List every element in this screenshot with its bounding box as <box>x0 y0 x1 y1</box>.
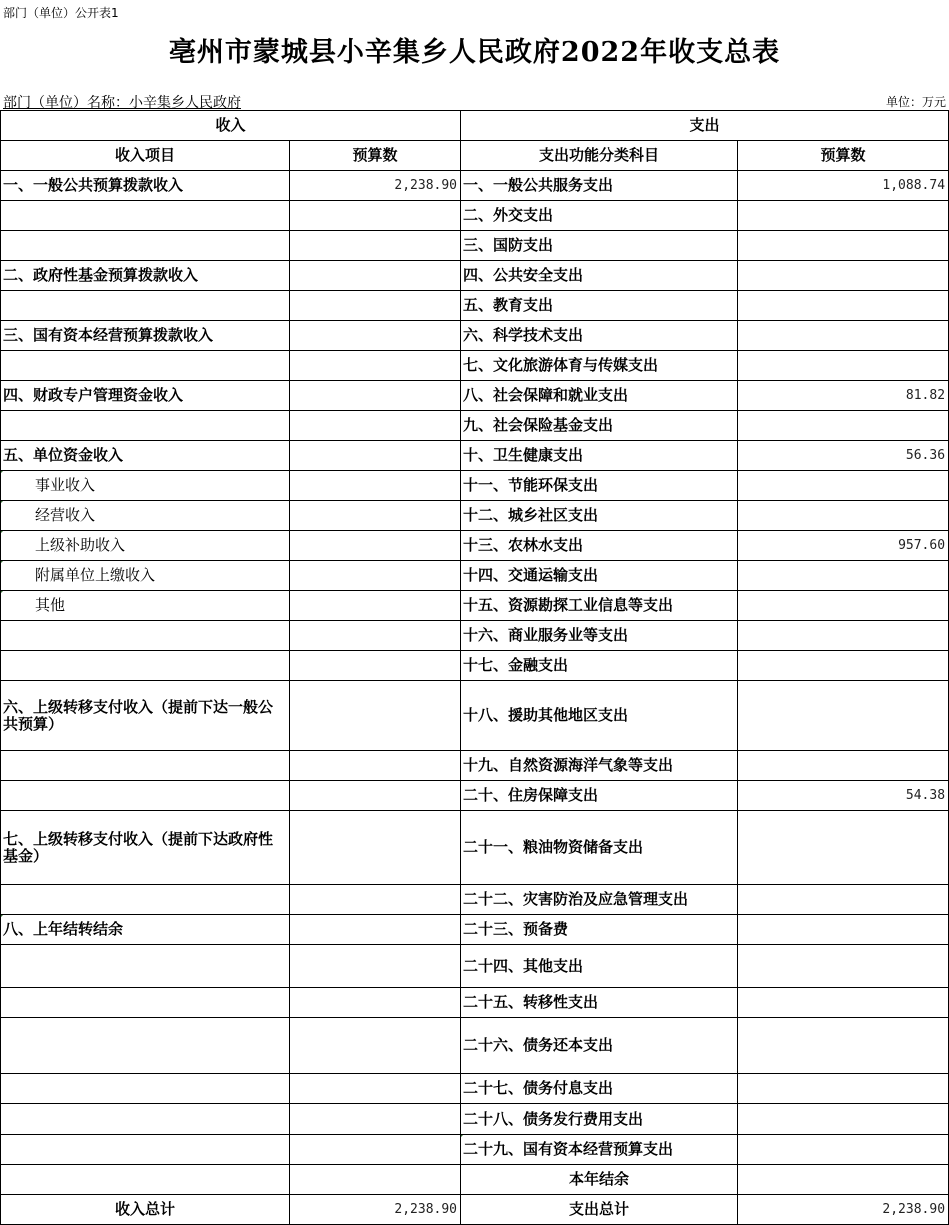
table-row: 九、社会保险基金支出 <box>1 411 949 441</box>
income-item-cell <box>1 351 290 381</box>
expense-item-cell: 十九、自然资源海洋气象等支出 <box>461 751 738 781</box>
expense-item-cell: 五、教育支出 <box>461 291 738 321</box>
income-item-cell: 四、财政专户管理资金收入 <box>1 381 290 411</box>
expense-amount-cell <box>738 231 949 261</box>
income-item-cell: 事业收入 <box>1 471 290 501</box>
table-row: 二十九、国有资本经营预算支出 <box>1 1135 949 1165</box>
expense-amount-cell <box>738 811 949 885</box>
expense-item-cell: 本年结余 <box>461 1165 738 1195</box>
page-title: 亳州市蒙城县小辛集乡人民政府2022年收支总表 <box>0 30 949 69</box>
income-item-cell: 二、政府性基金预算拨款收入 <box>1 261 290 291</box>
income-amount-cell <box>290 1135 461 1165</box>
expense-amount-cell <box>738 988 949 1018</box>
income-item-cell: 七、上级转移支付收入（提前下达政府性基金） <box>1 811 290 885</box>
table-row: 三、国防支出 <box>1 231 949 261</box>
table-row: 五、教育支出 <box>1 291 949 321</box>
table-row: 十七、金融支出 <box>1 651 949 681</box>
table-row: 其他十五、资源勘探工业信息等支出 <box>1 591 949 621</box>
income-item-cell <box>1 945 290 988</box>
expense-item-cell: 七、文化旅游体育与传媒支出 <box>461 351 738 381</box>
income-amount-cell <box>290 811 461 885</box>
expense-item-cell: 二十五、转移性支出 <box>461 988 738 1018</box>
expense-amount-cell <box>738 201 949 231</box>
table-row: 本年结余 <box>1 1165 949 1195</box>
expense-item-header: 支出功能分类科目 <box>461 141 738 171</box>
table-row: 六、上级转移支付收入（提前下达一般公共预算）十八、援助其他地区支出 <box>1 681 949 751</box>
income-total-label: 收入总计 <box>1 1195 290 1225</box>
expense-item-cell: 一、一般公共服务支出 <box>461 171 738 201</box>
expense-item-cell: 十二、城乡社区支出 <box>461 501 738 531</box>
table-row: 七、上级转移支付收入（提前下达政府性基金）二十一、粮油物资储备支出 <box>1 811 949 885</box>
income-item-cell: 上级补助收入 <box>1 531 290 561</box>
expense-amount-cell <box>738 261 949 291</box>
income-amount-cell <box>290 988 461 1018</box>
table-row: 二十四、其他支出 <box>1 945 949 988</box>
expense-amount-cell <box>738 1074 949 1104</box>
income-item-cell: 八、上年结转结余 <box>1 915 290 945</box>
income-item-cell <box>1 201 290 231</box>
expense-item-cell: 十七、金融支出 <box>461 651 738 681</box>
income-amount-cell <box>290 381 461 411</box>
income-item-cell <box>1 885 290 915</box>
income-amount-cell <box>290 411 461 441</box>
table-row: 二、外交支出 <box>1 201 949 231</box>
expense-item-cell: 二十六、债务还本支出 <box>461 1018 738 1074</box>
table-row: 二十六、债务还本支出 <box>1 1018 949 1074</box>
income-item-header: 收入项目 <box>1 141 290 171</box>
income-amount-cell <box>290 945 461 988</box>
expense-amount-cell: 56.36 <box>738 441 949 471</box>
income-amount-cell <box>290 1018 461 1074</box>
expense-item-cell: 六、科学技术支出 <box>461 321 738 351</box>
income-amount-cell <box>290 915 461 945</box>
table-row: 一、一般公共预算拨款收入2,238.90一、一般公共服务支出1,088.74 <box>1 171 949 201</box>
expense-amount-cell <box>738 1104 949 1135</box>
income-item-cell: 经营收入 <box>1 501 290 531</box>
income-item-cell: 五、单位资金收入 <box>1 441 290 471</box>
income-item-cell <box>1 751 290 781</box>
income-amount-cell <box>290 885 461 915</box>
income-amount-cell <box>290 591 461 621</box>
income-amount-cell <box>290 291 461 321</box>
expense-item-cell: 十一、节能环保支出 <box>461 471 738 501</box>
expense-item-cell: 二十九、国有资本经营预算支出 <box>461 1135 738 1165</box>
table-row: 七、文化旅游体育与传媒支出 <box>1 351 949 381</box>
table-row: 三、国有资本经营预算拨款收入六、科学技术支出 <box>1 321 949 351</box>
table-row: 二十八、债务发行费用支出 <box>1 1104 949 1135</box>
income-amount-cell <box>290 1074 461 1104</box>
expense-amount-cell <box>738 291 949 321</box>
income-budget-header: 预算数 <box>290 141 461 171</box>
table-number-label: 部门（单位）公开表1 <box>3 4 119 21</box>
expense-amount-cell <box>738 915 949 945</box>
expense-item-cell: 八、社会保障和就业支出 <box>461 381 738 411</box>
expense-item-cell: 二十、住房保障支出 <box>461 781 738 811</box>
income-item-cell <box>1 781 290 811</box>
table-row: 十九、自然资源海洋气象等支出 <box>1 751 949 781</box>
expense-amount-cell <box>738 321 949 351</box>
expense-amount-cell: 54.38 <box>738 781 949 811</box>
income-item-cell <box>1 411 290 441</box>
income-amount-cell <box>290 751 461 781</box>
expense-item-cell: 二十三、预备费 <box>461 915 738 945</box>
expense-item-cell: 二十七、债务付息支出 <box>461 1074 738 1104</box>
income-item-cell <box>1 1135 290 1165</box>
department-name: 部门（单位）名称：小辛集乡人民政府 <box>3 92 241 112</box>
table-row: 附属单位上缴收入十四、交通运输支出 <box>1 561 949 591</box>
expense-item-cell: 十六、商业服务业等支出 <box>461 621 738 651</box>
expense-item-cell: 十、卫生健康支出 <box>461 441 738 471</box>
income-amount-cell <box>290 1165 461 1195</box>
table-row: 经营收入十二、城乡社区支出 <box>1 501 949 531</box>
income-amount-cell <box>290 201 461 231</box>
income-amount-cell <box>290 651 461 681</box>
income-amount-cell <box>290 621 461 651</box>
expense-item-cell: 二十一、粮油物资储备支出 <box>461 811 738 885</box>
income-item-cell <box>1 231 290 261</box>
income-amount-cell <box>290 781 461 811</box>
expense-total-amount: 2,238.90 <box>738 1195 949 1225</box>
income-item-cell: 其他 <box>1 591 290 621</box>
income-item-cell <box>1 988 290 1018</box>
expense-item-cell: 三、国防支出 <box>461 231 738 261</box>
income-item-cell: 三、国有资本经营预算拨款收入 <box>1 321 290 351</box>
income-item-cell <box>1 1074 290 1104</box>
expense-item-cell: 二十八、债务发行费用支出 <box>461 1104 738 1135</box>
expense-amount-cell <box>738 591 949 621</box>
table-row: 五、单位资金收入十、卫生健康支出56.36 <box>1 441 949 471</box>
table-row: 上级补助收入十三、农林水支出957.60 <box>1 531 949 561</box>
expense-item-cell: 二十四、其他支出 <box>461 945 738 988</box>
expense-amount-cell: 1,088.74 <box>738 171 949 201</box>
unit-label: 单位：万元 <box>886 93 946 110</box>
expense-item-cell: 十五、资源勘探工业信息等支出 <box>461 591 738 621</box>
income-amount-cell <box>290 561 461 591</box>
income-amount-cell <box>290 321 461 351</box>
expense-amount-cell <box>738 945 949 988</box>
income-amount-cell <box>290 531 461 561</box>
expense-item-cell: 四、公共安全支出 <box>461 261 738 291</box>
expense-item-cell: 十三、农林水支出 <box>461 531 738 561</box>
income-item-cell <box>1 291 290 321</box>
expense-item-cell: 十八、援助其他地区支出 <box>461 681 738 751</box>
income-amount-cell <box>290 471 461 501</box>
income-item-cell <box>1 621 290 651</box>
expense-amount-cell <box>738 471 949 501</box>
income-item-cell: 六、上级转移支付收入（提前下达一般公共预算） <box>1 681 290 751</box>
expense-amount-cell <box>738 501 949 531</box>
expense-amount-cell <box>738 561 949 591</box>
income-amount-cell <box>290 351 461 381</box>
income-item-cell <box>1 651 290 681</box>
table-row: 二、政府性基金预算拨款收入四、公共安全支出 <box>1 261 949 291</box>
expense-amount-cell <box>738 411 949 441</box>
table-row: 二十五、转移性支出 <box>1 988 949 1018</box>
table-row: 八、上年结转结余二十三、预备费 <box>1 915 949 945</box>
income-item-cell <box>1 1018 290 1074</box>
income-amount-cell <box>290 261 461 291</box>
table-row: 十六、商业服务业等支出 <box>1 621 949 651</box>
income-amount-cell <box>290 501 461 531</box>
expense-item-cell: 二、外交支出 <box>461 201 738 231</box>
table-row: 二十二、灾害防治及应急管理支出 <box>1 885 949 915</box>
income-amount-cell <box>290 441 461 471</box>
table-row: 四、财政专户管理资金收入八、社会保障和就业支出81.82 <box>1 381 949 411</box>
totals-row: 收入总计 2,238.90 支出总计 2,238.90 <box>1 1195 949 1225</box>
income-item-cell: 一、一般公共预算拨款收入 <box>1 171 290 201</box>
expense-amount-cell <box>738 651 949 681</box>
expense-item-cell: 九、社会保险基金支出 <box>461 411 738 441</box>
income-amount-cell <box>290 681 461 751</box>
table-row: 事业收入十一、节能环保支出 <box>1 471 949 501</box>
income-section-header: 收入 <box>1 111 461 141</box>
expense-section-header: 支出 <box>461 111 949 141</box>
expense-amount-cell <box>738 681 949 751</box>
income-total-amount: 2,238.90 <box>290 1195 461 1225</box>
budget-summary-table: 收入 支出 收入项目 预算数 支出功能分类科目 预算数 一、一般公共预算拨款收入… <box>0 110 949 1225</box>
expense-amount-cell: 81.82 <box>738 381 949 411</box>
expense-amount-cell <box>738 1135 949 1165</box>
expense-total-label: 支出总计 <box>461 1195 738 1225</box>
income-item-cell: 附属单位上缴收入 <box>1 561 290 591</box>
expense-budget-header: 预算数 <box>738 141 949 171</box>
expense-amount-cell: 957.60 <box>738 531 949 561</box>
expense-amount-cell <box>738 1018 949 1074</box>
expense-amount-cell <box>738 885 949 915</box>
table-row: 二十七、债务付息支出 <box>1 1074 949 1104</box>
table-row: 二十、住房保障支出54.38 <box>1 781 949 811</box>
expense-amount-cell <box>738 751 949 781</box>
expense-amount-cell <box>738 621 949 651</box>
expense-amount-cell <box>738 351 949 381</box>
income-amount-cell <box>290 1104 461 1135</box>
income-amount-cell <box>290 231 461 261</box>
expense-item-cell: 二十二、灾害防治及应急管理支出 <box>461 885 738 915</box>
income-item-cell <box>1 1165 290 1195</box>
expense-item-cell: 十四、交通运输支出 <box>461 561 738 591</box>
income-amount-cell: 2,238.90 <box>290 171 461 201</box>
income-item-cell <box>1 1104 290 1135</box>
expense-amount-cell <box>738 1165 949 1195</box>
